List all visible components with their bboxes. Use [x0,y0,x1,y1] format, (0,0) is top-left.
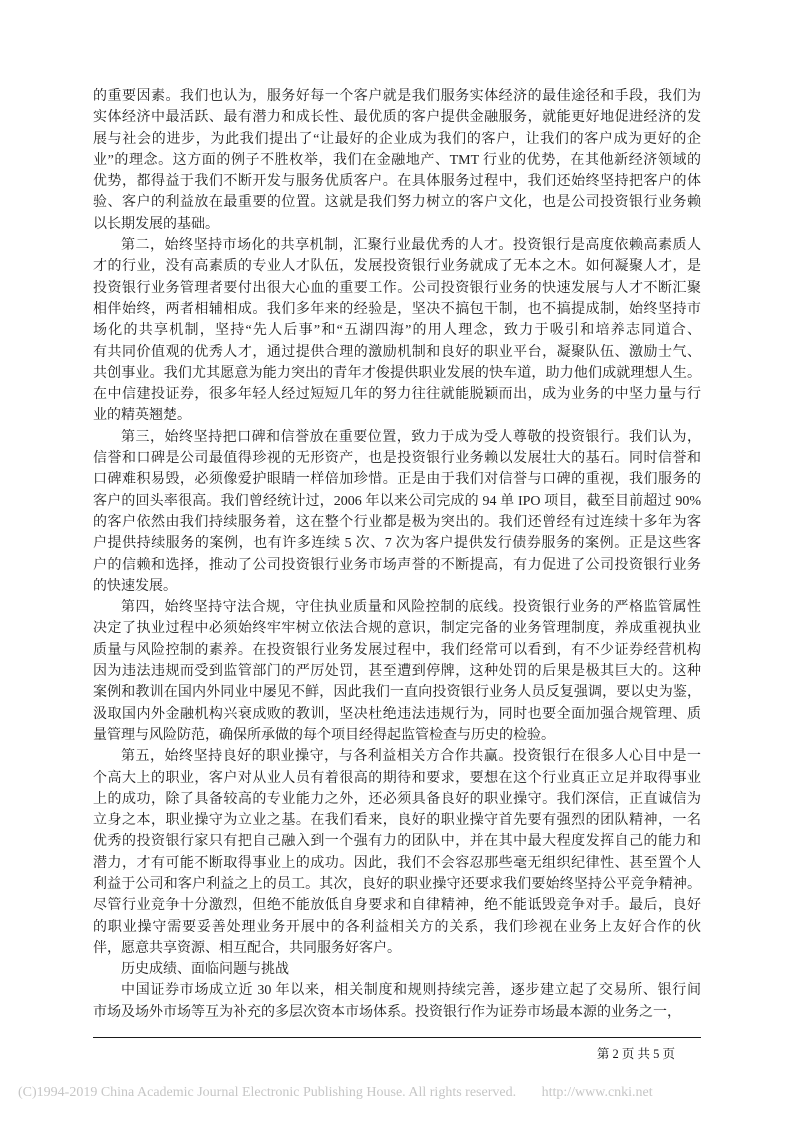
text-line: 验、客户的利益放在最重要的位置。这就是我们努力树立的客户文化，也是公司投资银行业… [93,192,701,213]
document-page: 的重要因素。我们也认为，服务好每一个客户就是我们服务实体经济的最佳途径和手段，我… [0,0,793,1122]
text-line: 立身之本，职业操守为立业之基。在我们看来，良好的职业操守首先要有强烈的团队精神，… [93,810,701,831]
text-line: 市场及场外市场等互为补充的多层次资本市场体系。投资银行作为证券市场最本源的业务之… [93,1002,701,1023]
text-line: 户提供持续服务的案例，也有许多连续 5 次、7 次为客户提供发行债券服务的案例。… [93,533,701,554]
footer-divider [93,1037,701,1038]
text-line: 优势，都得益于我们不断开发与服务优质客户。在具体服务过程中，我们还始终坚持把客户… [93,171,701,192]
text-line: 第五，始终坚持良好的职业操守，与各利益相关方合作共赢。投资银行在很多人心目中是一 [93,746,701,767]
text-line: 第四，始终坚持守法合规，守住执业质量和风险控制的底线。投资银行业务的严格监管属性 [93,597,701,618]
text-line: 以长期发展的基础。 [93,214,701,235]
page-number: 第 2 页 共 5 页 [597,1044,675,1062]
text-line: 尽管行业竞争十分激烈，但绝不能放低自身要求和自律精神，绝不能诋毁竞争对手。最后，… [93,895,701,916]
text-line: 优秀的投资银行家只有把自己融入到一个强有力的团队中，并在其中最大程度发挥自己的能… [93,831,701,852]
text-line: 的重要因素。我们也认为，服务好每一个客户就是我们服务实体经济的最佳途径和手段，我… [93,86,701,107]
text-line: 相伴始终，两者相辅相成。我们多年来的经验是，坚决不搞包干制，也不搞提成制，始终坚… [93,299,701,320]
text-line: 案例和教训在国内外同业中屡见不鲜，因此我们一直向投资银行业务人员反复强调，要以史… [93,682,701,703]
text-line: 的职业操守需要妥善处理业务开展中的各利益相关方的关系，我们珍视在业务上友好合作的… [93,917,701,938]
text-line: 历史成绩、面临问题与挑战 [93,959,701,980]
text-line: 实体经济中最活跃、最有潜力和成长性、最优质的客户提供金融服务，就能更好地促进经济… [93,107,701,128]
watermark: (C)1994-2019 China Academic Journal Elec… [18,1085,653,1101]
text-line: 第二，始终坚持市场化的共享机制，汇聚行业最优秀的人才。投资银行是高度依赖高素质人 [93,235,701,256]
text-line: 共创事业。我们尤其愿意为能力突出的青年才俊提供职业发展的快车道，助力他们成就理想… [93,363,701,384]
watermark-copyright: (C)1994-2019 China Academic Journal Elec… [18,1085,516,1100]
text-line: 上的成功，除了具备较高的专业能力之外，还必须具备良好的职业操守。我们深信，正直诚… [93,789,701,810]
text-line: 客户的回头率很高。我们曾经统计过，2006 年以来公司完成的 94 单 IPO … [93,491,701,512]
text-line: 潜力，才有可能不断取得事业上的成功。因此，我们不会容忍那些毫无组织纪律性、甚至置… [93,853,701,874]
document-text: 的重要因素。我们也认为，服务好每一个客户就是我们服务实体经济的最佳途径和手段，我… [93,86,701,1023]
text-line: 投资银行业务管理者要付出很大心血的重要工作。公司投资银行业务的快速发展与人才不断… [93,278,701,299]
text-line: 场化的共享机制，坚持“先人后事”和“五湖四海”的用人理念，致力于吸引和培养志同道… [93,320,701,341]
text-line: 利益于公司和客户利益之上的员工。其次，良好的职业操守还要求我们要始终坚持公平竞争… [93,874,701,895]
text-line: 质量与风险控制的素养。在投资银行业务发展过程中，我们经常可以看到，有不少证券经营… [93,640,701,661]
text-line: 汲取国内外金融机构兴衰成败的教训，坚决杜绝违法违规行为，同时也要全面加强合规管理… [93,704,701,725]
text-line: 才的行业，没有高素质的专业人才队伍，发展投资银行业务就成了无本之木。如何凝聚人才… [93,256,701,277]
text-line: 展与社会的进步，为此我们提出了“让最好的企业成为我们的客户，让我们的客户成为更好… [93,129,701,150]
text-line: 中国证券市场成立近 30 年以来，相关制度和规则持续完善，逐步建立起了交易所、银… [93,980,701,1001]
text-line: 在中信建投证券，很多年轻人经过短短几年的努力往往就能脱颖而出，成为业务的中坚力量… [93,384,701,405]
text-line: 个高大上的职业，客户对从业人员有着很高的期待和要求，要想在这个行业真正立足并取得… [93,768,701,789]
text-line: 伴，愿意共享资源、相互配合，共同服务好客户。 [93,938,701,959]
text-line: 第三，始终坚持把口碑和信誉放在重要位置，致力于成为受人尊敬的投资银行。我们认为， [93,427,701,448]
watermark-url: http://www.cnki.net [542,1085,653,1100]
text-line: 业”的理念。这方面的例子不胜枚举，我们在金融地产、TMT 行业的优势，在其他新经… [93,150,701,171]
text-line: 决定了执业过程中必须始终牢牢树立依法合规的意识，制定完备的业务管理制度，养成重视… [93,618,701,639]
text-line: 信誉和口碑是公司最值得珍视的无形资产，也是投资银行业务赖以发展壮大的基石。同时信… [93,448,701,469]
text-line: 户的信赖和选择，推动了公司投资银行业务市场声誉的不断提高，有力促进了公司投资银行… [93,555,701,576]
text-line: 的快速发展。 [93,576,701,597]
text-line: 口碑难积易毁，必须像爱护眼睛一样倍加珍惜。正是由于我们对信誉与口碑的重视，我们服… [93,469,701,490]
text-line: 有共同价值观的优秀人才，通过提供合理的激励机制和良好的职业平台，凝聚队伍、激励士… [93,342,701,363]
text-line: 业的精英翘楚。 [93,405,701,426]
text-line: 量管理与风险防范，确保所承做的每个项目经得起监管检查与历史的检验。 [93,725,701,746]
text-line: 因为违法违规而受到监管部门的严厉处罚，甚至遭到停牌，这种处罚的后果是极其巨大的。… [93,661,701,682]
text-line: 的客户依然由我们持续服务着，这在整个行业都是极为突出的。我们还曾经有过连续十多年… [93,512,701,533]
